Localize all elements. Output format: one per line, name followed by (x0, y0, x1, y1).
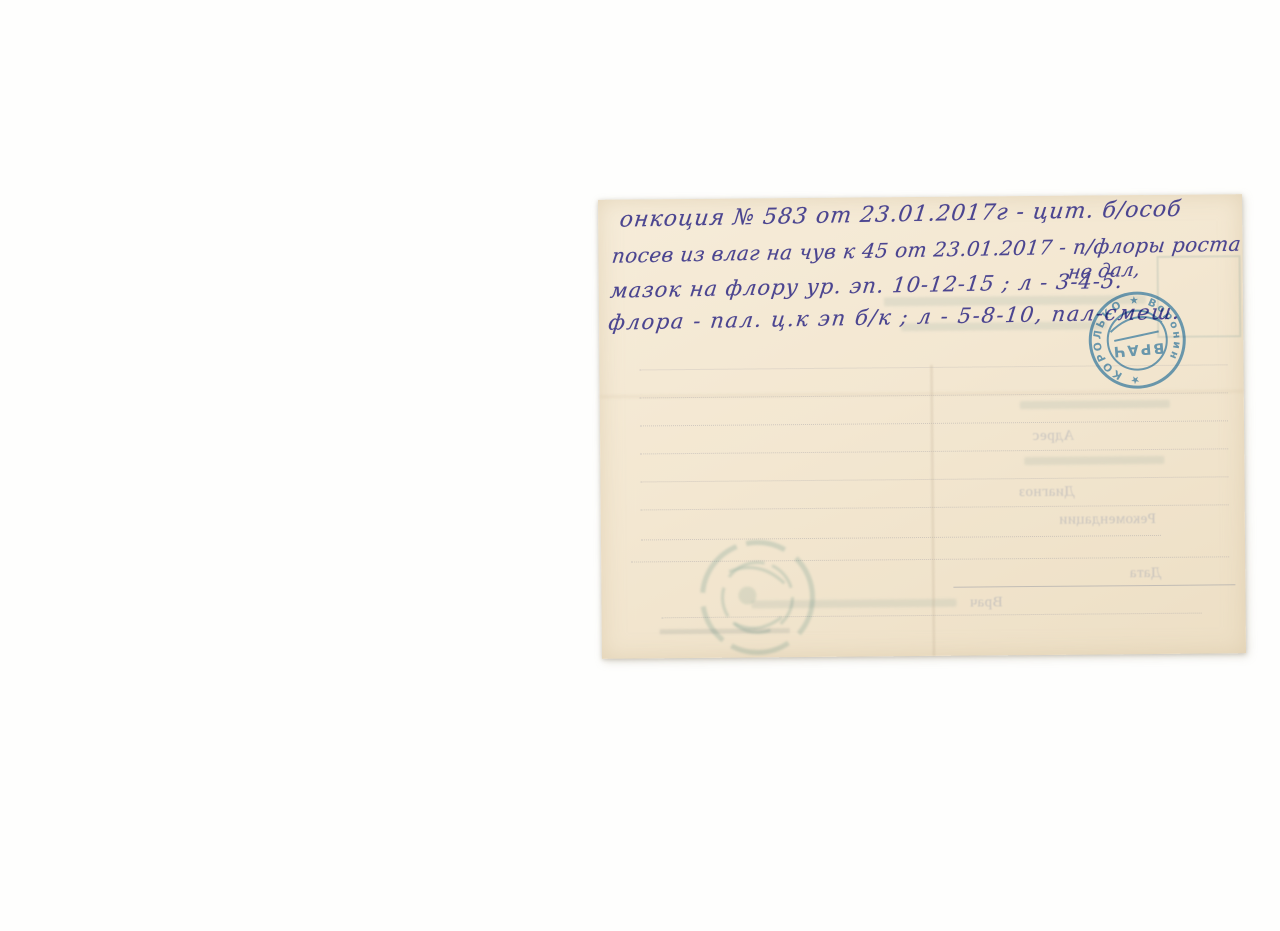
form-line (641, 504, 1229, 510)
form-line (640, 448, 1228, 454)
bleed-label-diagnosis: Диагноз (1019, 484, 1075, 501)
faint-bottom-stamp (689, 531, 826, 662)
handwriting-line-1: онкоция № 583 от 23.01.2017г - цит. б/ос… (618, 197, 1183, 233)
form-line (953, 584, 1235, 587)
scanned-note-paper: Адрес Диагноз Рекомендации Дата Врач онк… (598, 194, 1246, 659)
bleed-label-address: Адрес (1032, 428, 1074, 445)
bleed-text-smudge (1020, 400, 1170, 409)
stamp-center-text: ВРАЧ (1111, 339, 1165, 359)
scanner-background: Адрес Диагноз Рекомендации Дата Врач онк… (0, 0, 1280, 931)
bleed-label-date: Дата (1129, 565, 1161, 582)
form-line (640, 476, 1228, 482)
form-line (640, 420, 1228, 426)
bleed-text-smudge (1024, 456, 1164, 465)
paper-crease (930, 365, 935, 656)
handwriting-line-2: посев из влаг на чув к 45 от 23.01.2017 … (611, 232, 1243, 268)
doctor-round-stamp: ★ КОРОЛЬКО ★ Воронин ВРАЧ (1077, 280, 1197, 400)
bleed-label-recommendations: Рекомендации (1059, 511, 1156, 529)
bleed-label-doctor: Врач (969, 594, 1002, 611)
